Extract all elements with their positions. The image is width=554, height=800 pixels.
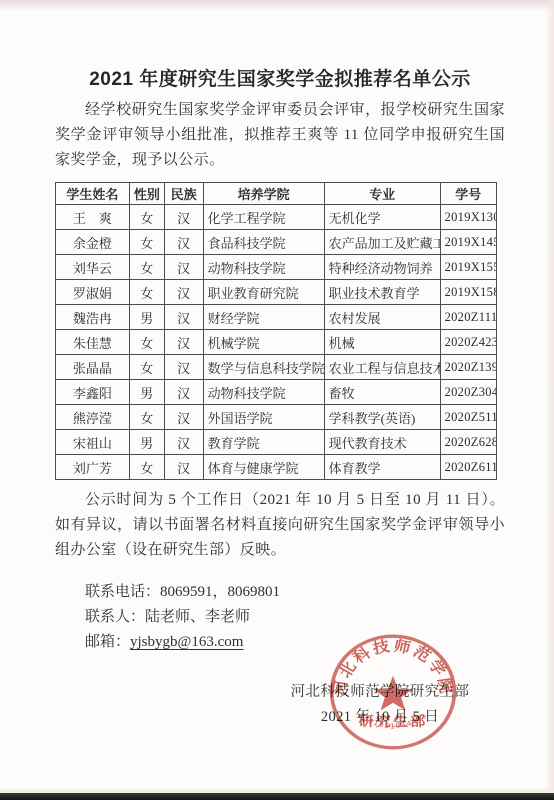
table-row: 李鑫阳 男 汉 动物科技学院 畜牧 2020Z304 — [56, 380, 497, 405]
cell-ethnicity: 汉 — [164, 305, 203, 330]
cell-major: 机械 — [324, 330, 440, 355]
cell-gender: 女 — [129, 405, 164, 430]
cell-student-id: 2019X130 — [440, 205, 496, 230]
person-value: 陆老师、李老师 — [145, 609, 250, 625]
cell-ethnicity: 汉 — [164, 205, 203, 230]
cell-ethnicity: 汉 — [164, 330, 203, 355]
table-row: 张晶晶 女 汉 数学与信息科技学院 农业工程与信息技术 2020Z139 — [56, 355, 497, 380]
cell-name: 李鑫阳 — [56, 380, 130, 405]
table-row: 余金橙 女 汉 食品科技学院 农产品加工及贮藏工程 2019X145 — [56, 230, 497, 255]
cell-major: 无机化学 — [324, 205, 440, 230]
cell-student-id: 2019X158 — [440, 280, 496, 305]
cell-ethnicity: 汉 — [164, 380, 203, 405]
cell-college: 动物科技学院 — [203, 255, 324, 280]
cell-student-id: 2020Z111 — [440, 305, 496, 330]
scholarship-roster-table: 学生姓名 性别 民族 培养学院 专业 学号 王 爽 女 汉 化学工程学院 无机化… — [55, 182, 497, 480]
cell-major: 职业技术教育学 — [324, 280, 440, 305]
intro-paragraph: 经学校研究生国家奖学金评审委员会评审，报学校研究生国家奖学金评审领导小组批准，拟… — [55, 98, 505, 173]
table-header-row: 学生姓名 性别 民族 培养学院 专业 学号 — [56, 183, 497, 205]
signature-org: 河北科技师范学院研究生部 — [230, 680, 530, 705]
cell-name: 刘广芳 — [56, 455, 130, 480]
cell-gender: 男 — [129, 380, 164, 405]
cell-ethnicity: 汉 — [164, 255, 203, 280]
cell-student-id: 2020Z511 — [440, 405, 496, 430]
header-major: 专业 — [324, 183, 440, 205]
cell-student-id: 2020Z423 — [440, 330, 496, 355]
table-row: 刘华云 女 汉 动物科技学院 特种经济动物饲养 2019X155 — [56, 255, 497, 280]
cell-name: 熊渟滢 — [56, 405, 130, 430]
cell-major: 农村发展 — [324, 305, 440, 330]
cell-student-id: 2019X155 — [440, 255, 496, 280]
cell-college: 化学工程学院 — [203, 205, 324, 230]
phone-value: 8069591，8069801 — [160, 584, 280, 600]
cell-name: 余金橙 — [56, 230, 130, 255]
cell-name: 魏浩冉 — [56, 305, 130, 330]
table-row: 刘广芳 女 汉 体育与健康学院 体育教学 2020Z611 — [56, 455, 497, 480]
document-page: 2021 年度研究生国家奖学金拟推荐名单公示 经学校研究生国家奖学金评审委员会评… — [55, 0, 505, 655]
contact-block: 联系电话：8069591，8069801 联系人：陆老师、李老师 邮箱：yjsb… — [85, 580, 505, 655]
photo-edge-bottom-dark — [0, 793, 554, 800]
cell-gender: 女 — [129, 255, 164, 280]
cell-student-id: 2019X145 — [440, 230, 496, 255]
cell-college: 职业教育研究院 — [203, 280, 324, 305]
header-college: 培养学院 — [203, 183, 324, 205]
cell-student-id: 2020Z628 — [440, 430, 496, 455]
notice-paragraph: 公示时间为 5 个工作日（2021 年 10 月 5 日至 10 月 11 日）… — [55, 488, 505, 563]
header-student-name: 学生姓名 — [56, 183, 130, 205]
photo-edge-right — [545, 0, 554, 800]
cell-major: 现代教育技术 — [324, 430, 440, 455]
table-row: 宋祖山 男 汉 教育学院 现代教育技术 2020Z628 — [56, 430, 497, 455]
phone-label: 联系电话： — [85, 584, 160, 600]
cell-name: 朱佳慧 — [56, 330, 130, 355]
table-row: 王 爽 女 汉 化学工程学院 无机化学 2019X130 — [56, 205, 497, 230]
cell-name: 刘华云 — [56, 255, 130, 280]
contact-phone-line: 联系电话：8069591，8069801 — [85, 580, 505, 605]
cell-college: 机械学院 — [203, 330, 324, 355]
cell-college: 财经学院 — [203, 305, 324, 330]
page-title: 2021 年度研究生国家奖学金拟推荐名单公示 — [55, 64, 505, 91]
table-row: 熊渟滢 女 汉 外国语学院 学科教学(英语) 2020Z511 — [56, 405, 497, 430]
cell-major: 学科教学(英语) — [324, 405, 440, 430]
cell-student-id: 2020Z139 — [440, 355, 496, 380]
person-label: 联系人： — [85, 609, 145, 625]
cell-name: 宋祖山 — [56, 430, 130, 455]
cell-ethnicity: 汉 — [164, 280, 203, 305]
cell-student-id: 2020Z304 — [440, 380, 496, 405]
cell-gender: 男 — [129, 430, 164, 455]
cell-ethnicity: 汉 — [164, 405, 203, 430]
email-label: 邮箱： — [85, 634, 130, 650]
cell-college: 教育学院 — [203, 430, 324, 455]
cell-ethnicity: 汉 — [164, 430, 203, 455]
photo-edge-bottom-light — [0, 787, 554, 793]
header-student-id: 学号 — [440, 183, 496, 205]
cell-gender: 女 — [129, 455, 164, 480]
cell-ethnicity: 汉 — [164, 230, 203, 255]
cell-gender: 女 — [129, 330, 164, 355]
header-gender: 性别 — [129, 183, 164, 205]
cell-major: 农业工程与信息技术 — [324, 355, 440, 380]
cell-name: 王 爽 — [56, 205, 130, 230]
cell-gender: 女 — [129, 230, 164, 255]
table-row: 罗淑娟 女 汉 职业教育研究院 职业技术教育学 2019X158 — [56, 280, 497, 305]
contact-person-line: 联系人：陆老师、李老师 — [85, 605, 505, 630]
cell-gender: 女 — [129, 205, 164, 230]
signature-block: 河北科技师范学院研究生部 2021 年 10 月 5 日 — [230, 680, 530, 730]
cell-major: 农产品加工及贮藏工程 — [324, 230, 440, 255]
cell-major: 体育教学 — [324, 455, 440, 480]
cell-college: 体育与健康学院 — [203, 455, 324, 480]
cell-ethnicity: 汉 — [164, 355, 203, 380]
table-row: 魏浩冉 男 汉 财经学院 农村发展 2020Z111 — [56, 305, 497, 330]
signature-date: 2021 年 10 月 5 日 — [230, 705, 530, 730]
cell-major: 特种经济动物饲养 — [324, 255, 440, 280]
cell-college: 数学与信息科技学院 — [203, 355, 324, 380]
contact-email-line: 邮箱：yjsbygb@163.com — [85, 630, 505, 655]
cell-name: 罗淑娟 — [56, 280, 130, 305]
cell-student-id: 2020Z611 — [440, 455, 496, 480]
cell-ethnicity: 汉 — [164, 455, 203, 480]
email-value: yjsbygb@163.com — [130, 634, 243, 650]
cell-college: 外国语学院 — [203, 405, 324, 430]
header-ethnicity: 民族 — [164, 183, 203, 205]
cell-college: 动物科技学院 — [203, 380, 324, 405]
table-row: 朱佳慧 女 汉 机械学院 机械 2020Z423 — [56, 330, 497, 355]
cell-gender: 女 — [129, 355, 164, 380]
cell-major: 畜牧 — [324, 380, 440, 405]
cell-college: 食品科技学院 — [203, 230, 324, 255]
cell-gender: 女 — [129, 280, 164, 305]
cell-gender: 男 — [129, 305, 164, 330]
cell-name: 张晶晶 — [56, 355, 130, 380]
